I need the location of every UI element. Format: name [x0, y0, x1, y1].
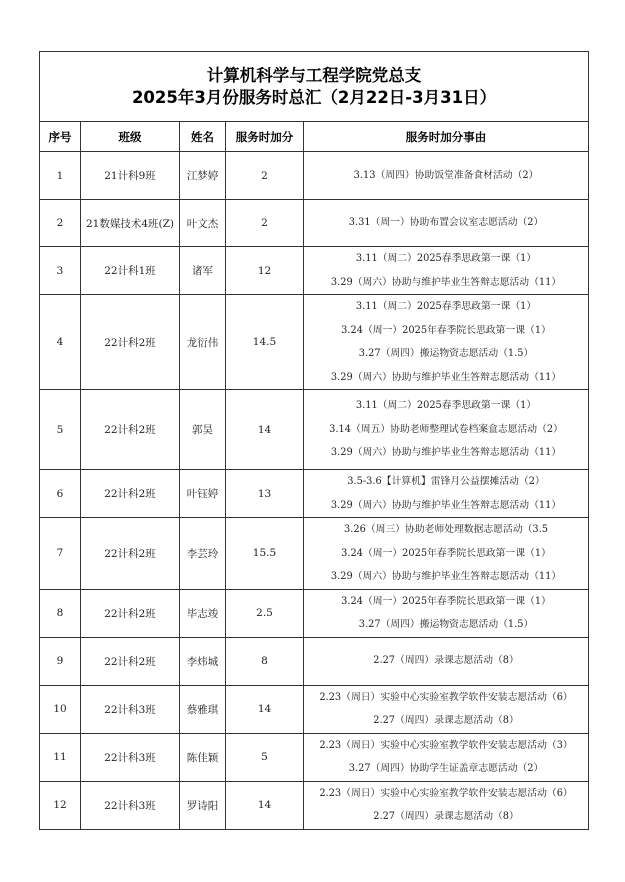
cell-class: 22计科1班 [81, 247, 180, 295]
header-reason: 服务时加分事由 [304, 122, 589, 152]
reason-line: 3.11（周二）2025春季思政第一课（1） [304, 394, 588, 418]
cell-number: 1 [40, 152, 81, 200]
cell-name: 罗诗阳 [180, 781, 226, 829]
cell-number: 5 [40, 390, 81, 470]
cell-hours: 14 [226, 685, 304, 733]
cell-number: 7 [40, 518, 81, 590]
cell-hours: 5 [226, 733, 304, 781]
reason-line: 3.11（周二）2025春季思政第一课（1） [304, 295, 588, 319]
cell-name: 毕志竣 [180, 589, 226, 637]
cell-class: 22计科3班 [81, 733, 180, 781]
table-body: 121计科9班江梦婷23.13（周四）协助饭堂准备食材活动（2）221数媒技术4… [40, 152, 589, 830]
cell-name: 李芸玲 [180, 518, 226, 590]
reason-line: 2.23（周日）实验中心实验室教学软件安装志愿活动（6） [304, 686, 588, 710]
cell-class: 22计科2班 [81, 390, 180, 470]
cell-class: 22计科2班 [81, 518, 180, 590]
cell-reason: 2.23（周日）实验中心实验室教学软件安装志愿活动（3）3.27（周四）协助学生… [304, 733, 589, 781]
table-row: 121计科9班江梦婷23.13（周四）协助饭堂准备食材活动（2） [40, 152, 589, 200]
document-title: 计算机科学与工程学院党总支 2025年3月份服务时总汇（2月22日-3月31日） [40, 52, 589, 122]
cell-name: 郭昊 [180, 390, 226, 470]
cell-number: 8 [40, 589, 81, 637]
cell-reason: 3.5-3.6【计算机】雷锋月公益摆摊活动（2）3.29（周六）协助与维护毕业生… [304, 470, 589, 518]
cell-number: 11 [40, 733, 81, 781]
cell-hours: 2 [226, 152, 304, 200]
cell-number: 9 [40, 637, 81, 685]
reason-line: 3.27（周四）搬运物资志愿活动（1.5） [304, 342, 588, 366]
reason-line: 3.27（周四）搬运物资志愿活动（1.5） [304, 613, 588, 637]
table-row: 1022计科3班蔡雅琪142.23（周日）实验中心实验室教学软件安装志愿活动（6… [40, 685, 589, 733]
cell-class: 22计科3班 [81, 781, 180, 829]
header-class: 班级 [81, 122, 180, 152]
reason-line: 3.27（周四）协助学生证盖章志愿活动（2） [304, 757, 588, 781]
reason-line: 3.26（周三）协助老师处理数据志愿活动（3.5 [304, 518, 588, 542]
cell-class: 21数媒技术4班(Z) [81, 200, 180, 247]
reason-line: 3.29（周六）协助与维护毕业生答辩志愿活动（11） [304, 441, 588, 465]
reason-line: 2.27（周四）录课志愿活动（8） [304, 805, 588, 829]
cell-reason: 2.27（周四）录课志愿活动（8） [304, 637, 589, 685]
cell-reason: 3.11（周二）2025春季思政第一课（1）3.24（周一）2025年春季院长思… [304, 295, 589, 390]
cell-class: 22计科2班 [81, 637, 180, 685]
cell-hours: 12 [226, 247, 304, 295]
cell-reason: 3.26（周三）协助老师处理数据志愿活动（3.53.24（周一）2025年春季院… [304, 518, 589, 590]
cell-hours: 15.5 [226, 518, 304, 590]
cell-class: 22计科2班 [81, 589, 180, 637]
cell-reason: 3.24（周一）2025年春季院长思政第一课（1）3.27（周四）搬运物资志愿活… [304, 589, 589, 637]
table-row: 322计科1班诸军123.11（周二）2025春季思政第一课（1）3.29（周六… [40, 247, 589, 295]
table-row: 221数媒技术4班(Z)叶文杰23.31（周一）协助布置会议室志愿活动（2） [40, 200, 589, 247]
cell-reason: 2.23（周日）实验中心实验室教学软件安装志愿活动（6）2.27（周四）录课志愿… [304, 685, 589, 733]
cell-number: 2 [40, 200, 81, 247]
table-row: 822计科2班毕志竣2.53.24（周一）2025年春季院长思政第一课（1）3.… [40, 589, 589, 637]
title-line-2: 2025年3月份服务时总汇（2月22日-3月31日） [132, 88, 496, 107]
cell-name: 李炜城 [180, 637, 226, 685]
cell-name: 叶钰婷 [180, 470, 226, 518]
document-page: 计算机科学与工程学院党总支 2025年3月份服务时总汇（2月22日-3月31日）… [39, 51, 588, 830]
reason-line: 3.29（周六）协助与维护毕业生答辩志愿活动（11） [304, 565, 588, 589]
title-line-1: 计算机科学与工程学院党总支 [207, 66, 422, 85]
table-row: 1222计科3班罗诗阳142.23（周日）实验中心实验室教学软件安装志愿活动（6… [40, 781, 589, 829]
cell-hours: 14 [226, 781, 304, 829]
cell-reason: 3.11（周二）2025春季思政第一课（1）3.29（周六）协助与维护毕业生答辩… [304, 247, 589, 295]
cell-number: 12 [40, 781, 81, 829]
cell-name: 叶文杰 [180, 200, 226, 247]
reason-line: 3.5-3.6【计算机】雷锋月公益摆摊活动（2） [304, 470, 588, 494]
table-row: 622计科2班叶钰婷133.5-3.6【计算机】雷锋月公益摆摊活动（2）3.29… [40, 470, 589, 518]
reason-line: 3.24（周一）2025年春季院长思政第一课（1） [304, 319, 588, 343]
cell-reason: 3.13（周四）协助饭堂准备食材活动（2） [304, 152, 589, 200]
header-number: 序号 [40, 122, 81, 152]
header-row: 序号 班级 姓名 服务时加分 服务时加分事由 [40, 122, 589, 152]
reason-line: 3.24（周一）2025年春季院长思政第一课（1） [304, 542, 588, 566]
reason-line: 3.29（周六）协助与维护毕业生答辩志愿活动（11） [304, 271, 588, 295]
cell-hours: 2 [226, 200, 304, 247]
cell-number: 3 [40, 247, 81, 295]
reason-line: 2.23（周日）实验中心实验室教学软件安装志愿活动（3） [304, 734, 588, 758]
cell-number: 4 [40, 295, 81, 390]
cell-class: 21计科9班 [81, 152, 180, 200]
cell-hours: 8 [226, 637, 304, 685]
reason-line: 3.13（周四）协助饭堂准备食材活动（2） [304, 164, 588, 188]
table-row: 522计科2班郭昊143.11（周二）2025春季思政第一课（1）3.14（周五… [40, 390, 589, 470]
cell-class: 22计科2班 [81, 295, 180, 390]
reason-line: 3.14（周五）协助老师整理试卷档案盒志愿活动（2） [304, 418, 588, 442]
table-row: 1122计科3班陈佳颖52.23（周日）实验中心实验室教学软件安装志愿活动（3）… [40, 733, 589, 781]
cell-name: 龙衍伟 [180, 295, 226, 390]
reason-line: 3.24（周一）2025年春季院长思政第一课（1） [304, 590, 588, 614]
reason-line: 3.29（周六）协助与维护毕业生答辩志愿活动（11） [304, 366, 588, 390]
reason-line: 2.23（周日）实验中心实验室教学软件安装志愿活动（6） [304, 782, 588, 806]
header-name: 姓名 [180, 122, 226, 152]
cell-hours: 13 [226, 470, 304, 518]
cell-number: 10 [40, 685, 81, 733]
cell-class: 22计科2班 [81, 470, 180, 518]
cell-name: 江梦婷 [180, 152, 226, 200]
table-row: 922计科2班李炜城82.27（周四）录课志愿活动（8） [40, 637, 589, 685]
reason-line: 2.27（周四）录课志愿活动（8） [304, 709, 588, 733]
reason-line: 2.27（周四）录课志愿活动（8） [304, 649, 588, 673]
service-hours-table: 计算机科学与工程学院党总支 2025年3月份服务时总汇（2月22日-3月31日）… [39, 51, 589, 830]
cell-hours: 14.5 [226, 295, 304, 390]
header-hours: 服务时加分 [226, 122, 304, 152]
cell-name: 蔡雅琪 [180, 685, 226, 733]
cell-hours: 2.5 [226, 589, 304, 637]
reason-line: 3.11（周二）2025春季思政第一课（1） [304, 247, 588, 271]
cell-reason: 3.11（周二）2025春季思政第一课（1）3.14（周五）协助老师整理试卷档案… [304, 390, 589, 470]
cell-reason: 3.31（周一）协助布置会议室志愿活动（2） [304, 200, 589, 247]
reason-line: 3.29（周六）协助与维护毕业生答辩志愿活动（11） [304, 494, 588, 518]
reason-line: 3.31（周一）协助布置会议室志愿活动（2） [304, 211, 588, 235]
table-row: 422计科2班龙衍伟14.53.11（周二）2025春季思政第一课（1）3.24… [40, 295, 589, 390]
cell-number: 6 [40, 470, 81, 518]
cell-reason: 2.23（周日）实验中心实验室教学软件安装志愿活动（6）2.27（周四）录课志愿… [304, 781, 589, 829]
cell-class: 22计科3班 [81, 685, 180, 733]
cell-name: 陈佳颖 [180, 733, 226, 781]
table-row: 722计科2班李芸玲15.53.26（周三）协助老师处理数据志愿活动（3.53.… [40, 518, 589, 590]
title-row: 计算机科学与工程学院党总支 2025年3月份服务时总汇（2月22日-3月31日） [40, 52, 589, 122]
cell-name: 诸军 [180, 247, 226, 295]
cell-hours: 14 [226, 390, 304, 470]
